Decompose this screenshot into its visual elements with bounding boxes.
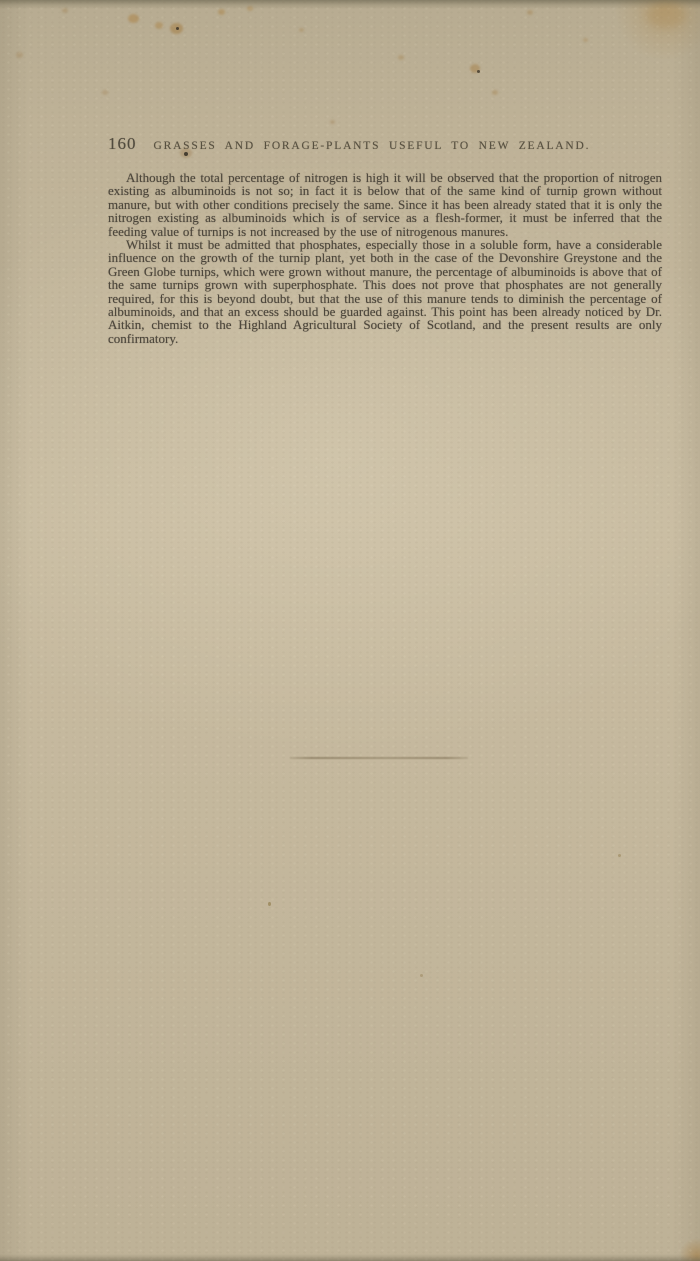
foxing-spot: [618, 854, 621, 857]
foxing-spot: [470, 64, 480, 73]
foxing-spot: [299, 28, 304, 32]
foxing-spot: [268, 902, 271, 906]
foxing-spot: [398, 55, 404, 60]
foxing-spot: [218, 9, 225, 15]
page-header: 160GRASSES AND FORAGE-PLANTS USEFUL TO N…: [108, 134, 664, 154]
text-block: Although the total percentage of nitroge…: [108, 171, 662, 345]
scan-edge-bottom: [0, 1254, 700, 1261]
foxing-spot: [16, 52, 23, 58]
foxing-spot: [492, 90, 498, 95]
foxing-spot: [583, 38, 588, 42]
foxing-spot: [420, 974, 423, 977]
foxing-spot: [155, 22, 163, 29]
scanned-book-page: 160GRASSES AND FORAGE-PLANTS USEFUL TO N…: [0, 0, 700, 1261]
page-number: 160: [108, 134, 137, 153]
scan-edge-top: [0, 0, 700, 9]
foxing-spot: [170, 23, 183, 34]
foxing-spot: [128, 14, 139, 23]
foxing-spot: [477, 70, 480, 73]
foxing-spot: [527, 10, 533, 15]
foxing-spot: [330, 120, 335, 124]
showthrough-rule: [290, 757, 468, 759]
paragraph-1: Although the total percentage of nitroge…: [108, 171, 662, 238]
foxing-spot: [176, 27, 179, 30]
foxing-spot: [102, 90, 108, 95]
paragraph-2: Whilst it must be admitted that phosphat…: [108, 238, 662, 345]
running-title: GRASSES AND FORAGE-PLANTS USEFUL TO NEW …: [154, 140, 591, 152]
